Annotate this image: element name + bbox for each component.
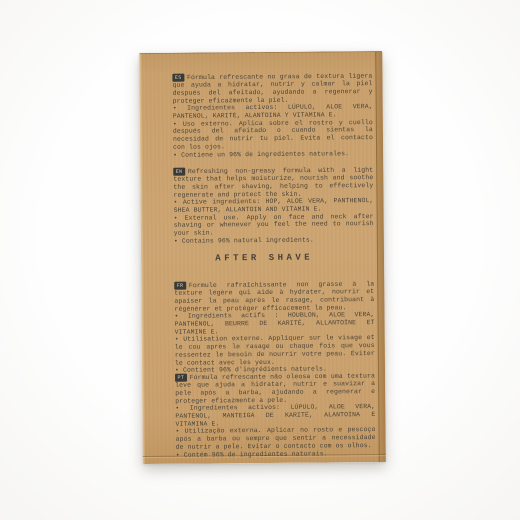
- portuguese-description-text: Fórmula refrescante não oleosa com uma t…: [175, 373, 375, 405]
- portuguese-usage: • Utilização externa. Aplicar no rosto e…: [175, 426, 375, 451]
- french-description-text: Formule rafraîchissante non grasse à la …: [174, 281, 374, 313]
- language-badge-es: ES: [172, 74, 184, 82]
- portuguese-ingredients: • Ingredientes activos: LÚPULO, ALOE VER…: [175, 403, 375, 428]
- english-description-text: Refreshing non-greasy formula with a lig…: [173, 167, 373, 199]
- label-section-english: ENRefreshing non-greasy formula with a l…: [173, 166, 374, 245]
- english-ingredients: • Active ingredients: HOP, ALOE VERA, PA…: [173, 197, 373, 214]
- language-badge-en: EN: [173, 168, 185, 176]
- english-usage: • External use. Apply on face and neck a…: [174, 213, 374, 238]
- label-section-spanish: ESFórmula refrescante no grasa de textur…: [172, 72, 373, 159]
- language-badge-fr: FR: [174, 282, 186, 290]
- french-description: FRFormule rafraîchissante non grasse à l…: [174, 280, 374, 313]
- product-box: ESFórmula refrescante no grasa de textur…: [139, 51, 386, 464]
- portuguese-contains: • Contém 96% de ingredientes naturais.: [176, 450, 376, 459]
- spanish-usage: • Uso externo. Aplica sobre el rostro y …: [173, 119, 373, 152]
- spanish-contains: • Contiene un 96% de ingredientes natura…: [173, 150, 373, 159]
- english-contains: • Contains 96% natural ingredients.: [174, 236, 374, 245]
- spanish-description-text: Fórmula refrescante no grasa de textura …: [172, 73, 372, 105]
- portuguese-description: PTFórmula refrescante não oleosa com uma…: [175, 372, 375, 405]
- french-ingredients: • Ingrédients actifs : HOUBLON, ALOE VER…: [174, 311, 374, 336]
- label-section-portuguese: PTFórmula refrescante não oleosa com uma…: [175, 372, 376, 459]
- french-usage: • Utilisation externe. Appliquer sur le …: [175, 334, 375, 367]
- label-section-french: FRFormule rafraîchissante non grasse à l…: [174, 280, 375, 375]
- spanish-ingredients: • Ingredientes activos: LÚPULO, ALOE VER…: [173, 103, 373, 120]
- language-badge-pt: PT: [175, 374, 187, 382]
- product-title: AFTER SHAVE: [141, 252, 384, 264]
- english-description: ENRefreshing non-greasy formula with a l…: [173, 166, 373, 199]
- spanish-description: ESFórmula refrescante no grasa de textur…: [172, 72, 372, 105]
